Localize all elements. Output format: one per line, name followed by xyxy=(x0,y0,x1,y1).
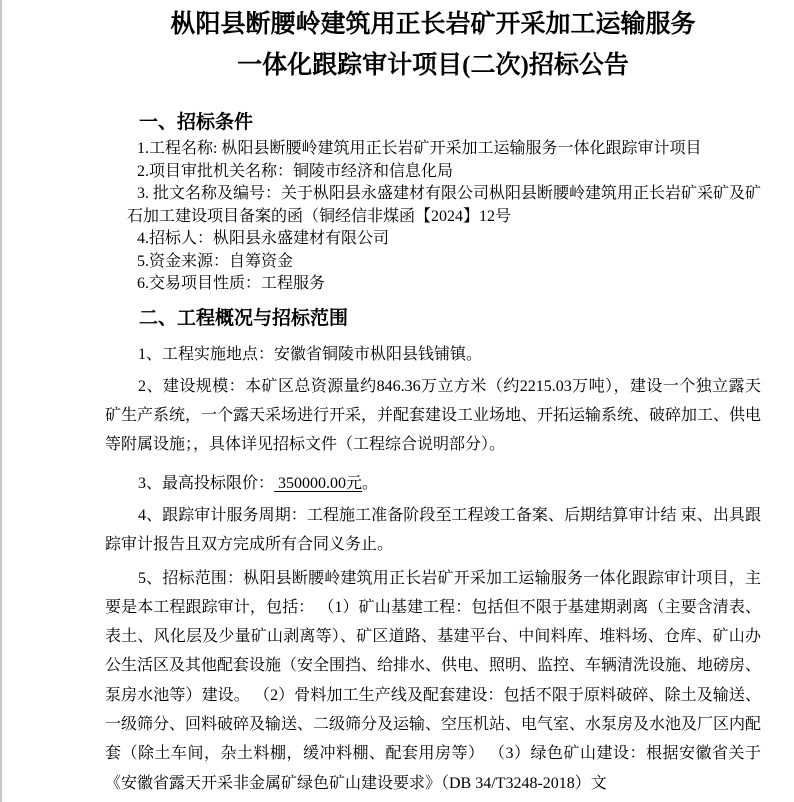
page-left-border xyxy=(0,0,2,802)
document-page: 枞阳县断腰岭建筑用正长岩矿开采加工运输服务 一体化跟踪审计项目(二次)招标公告 … xyxy=(0,0,794,802)
paragraph-implementation-location: 1、工程实施地点：安徽省铜陵市枞阳县钱铺镇。 xyxy=(105,340,761,369)
document-title: 枞阳县断腰岭建筑用正长岩矿开采加工运输服务 一体化跟踪审计项目(二次)招标公告 xyxy=(105,4,761,86)
list-item-funding-source: 5.资金来源：自筹资金 xyxy=(127,251,761,274)
max-bid-price-label: 3、最高投标限价： xyxy=(138,475,274,492)
section1-item-list: 1.工程名称: 枞阳县断腰岭建筑用正长岩矿开采加工运输服务一体化跟踪审计项目 2… xyxy=(105,138,761,296)
paragraph-tender-scope: 5、招标范围：枞阳县断腰岭建筑用正长岩矿开采加工运输服务一体化跟踪审计项目，主要… xyxy=(105,564,761,798)
section1-heading: 一、招标条件 xyxy=(139,112,761,134)
max-bid-price-suffix: 。 xyxy=(362,475,378,492)
list-item-project-name: 1.工程名称: 枞阳县断腰岭建筑用正长岩矿开采加工运输服务一体化跟踪审计项目 xyxy=(127,138,761,161)
list-item-tenderer: 4.招标人：枞阳县永盛建材有限公司 xyxy=(127,228,761,251)
paragraph-construction-scale: 2、建设规模：本矿区总资源量约846.36万立方米（约2215.03万吨），建设… xyxy=(105,372,761,460)
list-item-approval-authority: 2.项目审批机关名称：铜陵市经济和信息化局 xyxy=(127,161,761,184)
list-item-transaction-nature: 6.交易项目性质：工程服务 xyxy=(127,273,761,296)
document-content: 枞阳县断腰岭建筑用正长岩矿开采加工运输服务 一体化跟踪审计项目(二次)招标公告 … xyxy=(105,0,761,798)
title-line-2: 一体化跟踪审计项目(二次)招标公告 xyxy=(105,45,761,86)
paragraph-audit-service-period: 4、跟踪审计服务周期：工程施工准备阶段至工程竣工备案、后期结算审计结 束、出具跟… xyxy=(105,501,761,560)
section2-heading: 二、工程概况与招标范围 xyxy=(139,308,761,330)
max-bid-price-value: 350000.00元 xyxy=(274,475,362,492)
title-line-1: 枞阳县断腰岭建筑用正长岩矿开采加工运输服务 xyxy=(105,4,761,45)
list-item-approval-document: 3. 批文名称及编号：关于枞阳县永盛建材有限公司枞阳县断腰岭建筑用正长岩矿采矿及… xyxy=(127,183,761,228)
paragraph-max-bid-price: 3、最高投标限价： 350000.00元。 xyxy=(105,469,761,498)
